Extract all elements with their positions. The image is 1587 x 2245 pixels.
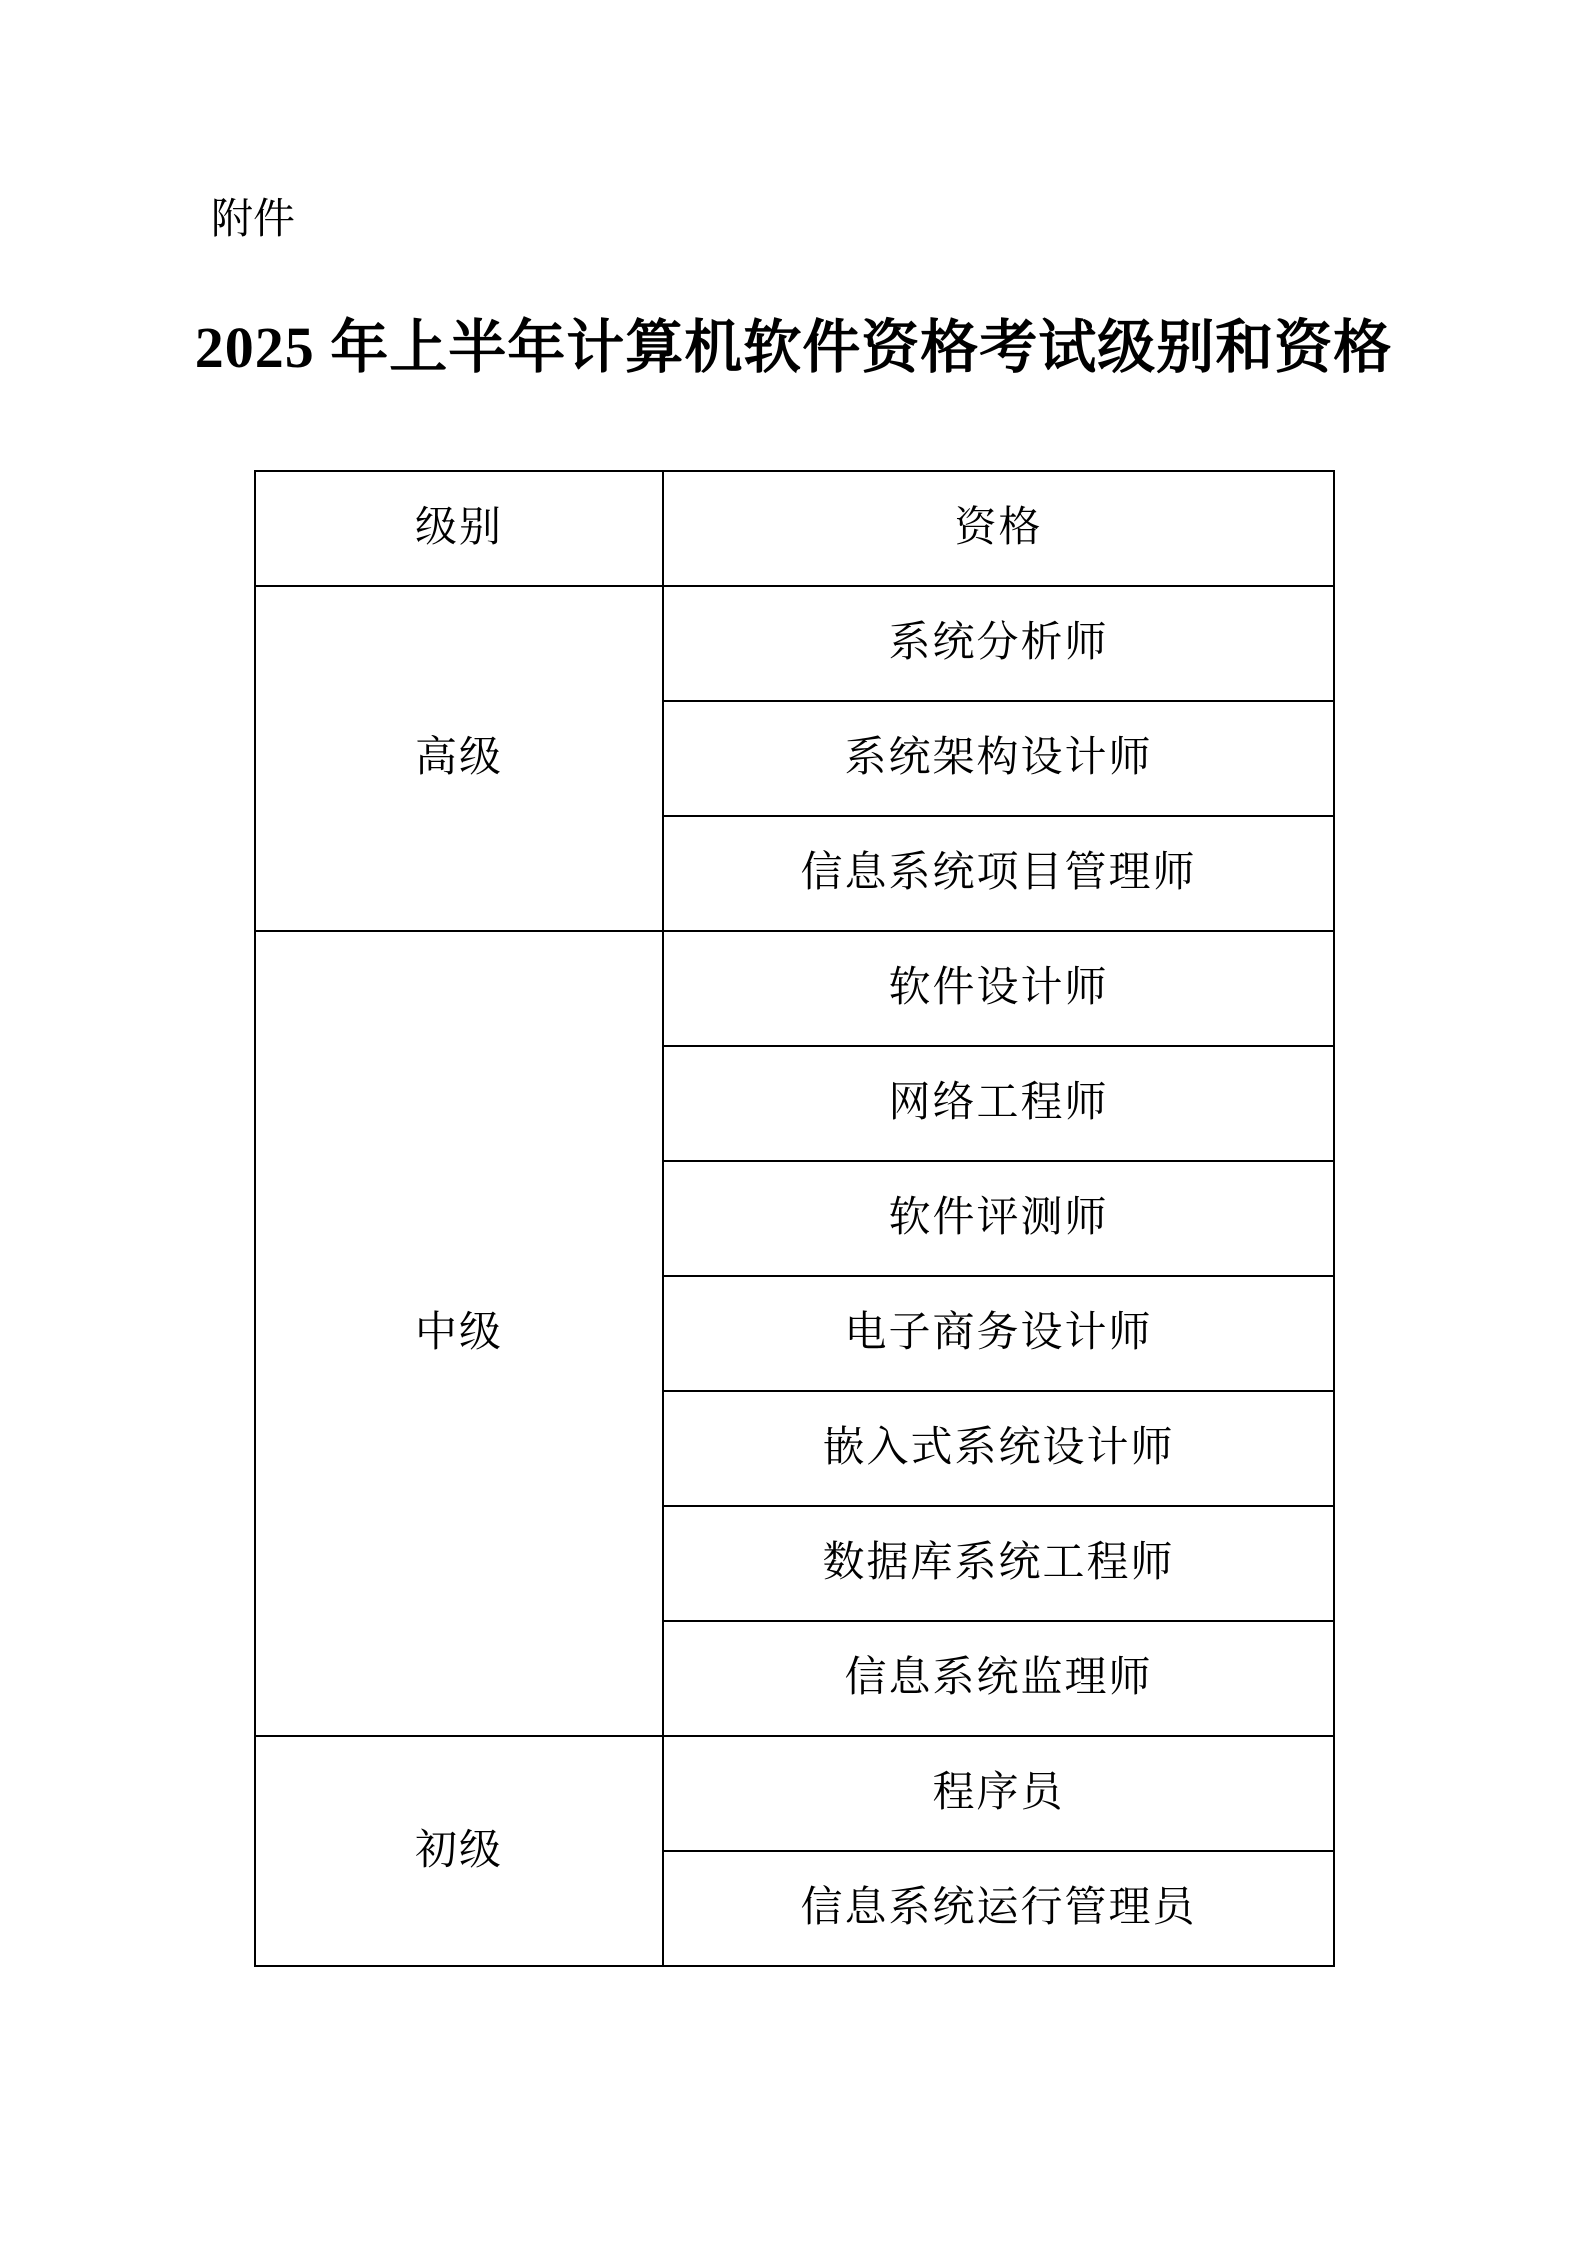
qualification-cell: 网络工程师 — [663, 1046, 1334, 1161]
qualification-cell: 软件评测师 — [663, 1161, 1334, 1276]
qualification-cell: 电子商务设计师 — [663, 1276, 1334, 1391]
qualification-cell: 系统架构设计师 — [663, 701, 1334, 816]
table-header-row: 级别 资格 — [255, 471, 1334, 586]
level-cell-senior: 高级 — [255, 586, 663, 931]
level-cell-junior: 初级 — [255, 1736, 663, 1966]
qualification-cell: 程序员 — [663, 1736, 1334, 1851]
table-row: 中级 软件设计师 — [255, 931, 1334, 1046]
document-page: 附件 2025 年上半年计算机软件资格考试级别和资格 级别 资格 高级 系统分析… — [0, 0, 1587, 2245]
qualification-table: 级别 资格 高级 系统分析师 系统架构设计师 信息系统项目管理师 中级 软件设计… — [254, 470, 1335, 1967]
header-cell-level: 级别 — [255, 471, 663, 586]
qualification-cell: 系统分析师 — [663, 586, 1334, 701]
qualification-cell: 信息系统项目管理师 — [663, 816, 1334, 931]
qualification-cell: 软件设计师 — [663, 931, 1334, 1046]
qualification-cell: 信息系统监理师 — [663, 1621, 1334, 1736]
table-row: 初级 程序员 — [255, 1736, 1334, 1851]
header-cell-qualification: 资格 — [663, 471, 1334, 586]
table-row: 高级 系统分析师 — [255, 586, 1334, 701]
level-cell-intermediate: 中级 — [255, 931, 663, 1736]
qualification-cell: 数据库系统工程师 — [663, 1506, 1334, 1621]
attachment-label: 附件 — [211, 196, 295, 242]
document-title: 2025 年上半年计算机软件资格考试级别和资格 — [0, 312, 1587, 385]
qualification-cell: 信息系统运行管理员 — [663, 1851, 1334, 1966]
qualification-cell: 嵌入式系统设计师 — [663, 1391, 1334, 1506]
